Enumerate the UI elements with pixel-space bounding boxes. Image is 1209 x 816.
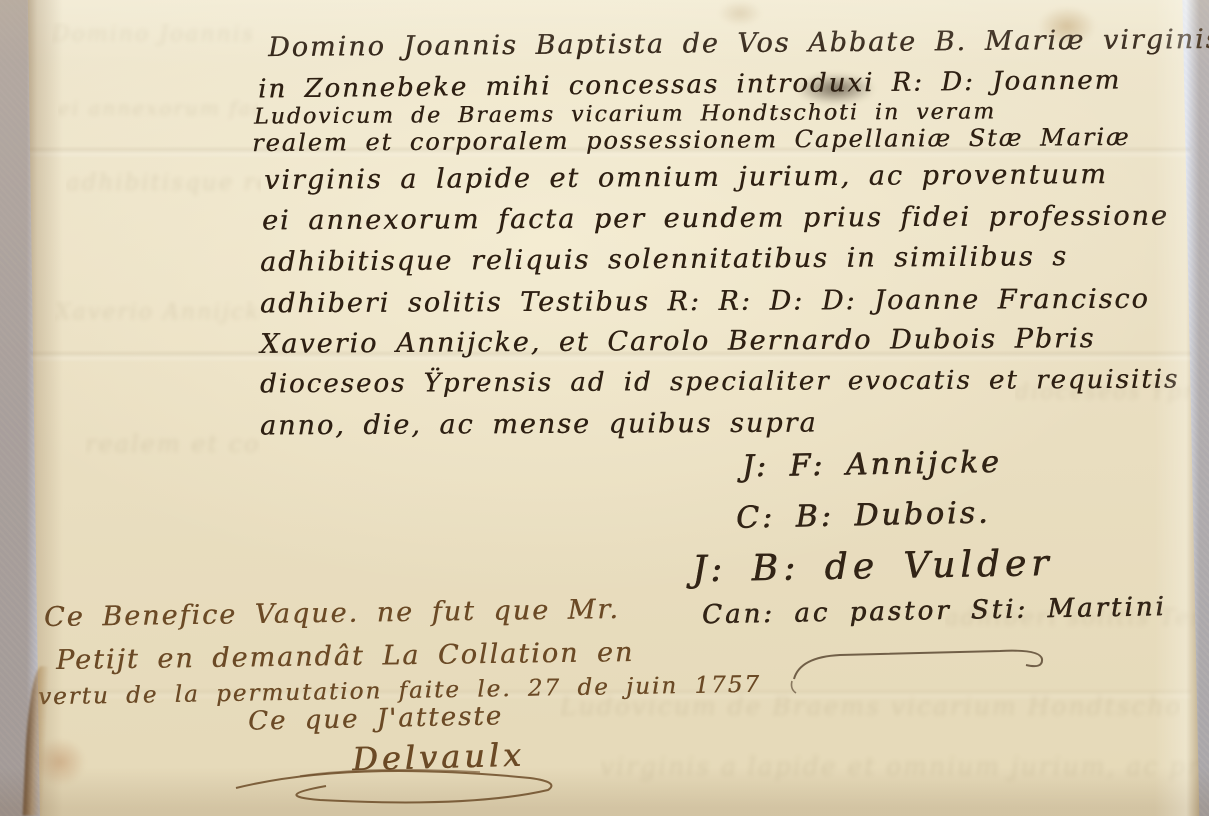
manuscript-line: adhiberi solitis Testibus R: R: D: D: Jo… [260,284,1150,320]
annotation-attestation: Ce que J'atteste [248,701,504,736]
photo-background: Domino Joannis Baptista de Vos Abbate B.… [0,0,1209,816]
witness-signature-annijcke: J: F: Annijcke [742,445,1002,485]
manuscript-line: dioceseos Ÿprensis ad id specialiter evo… [260,365,1179,400]
manuscript-line: virginis a lapide et omnium jurium, ac p… [264,159,1108,196]
manuscript-line: ei annexorum facta per eundem prius fide… [262,201,1169,237]
manuscript-line: Xaverio Annijcke, et Carolo Bernardo Dub… [260,323,1096,360]
manuscript-line: adhibitisque reliquis solennitatibus in … [260,241,1068,278]
principal-signature-de-vulder: J: B: de Vulder [692,543,1054,590]
signature-flourish [790,635,1110,695]
manuscript-line: anno, die, ac mense quibus supra [260,408,818,442]
witness-signature-dubois: C: B: Dubois. [736,495,991,535]
delvaulx-flourish [230,742,570,812]
